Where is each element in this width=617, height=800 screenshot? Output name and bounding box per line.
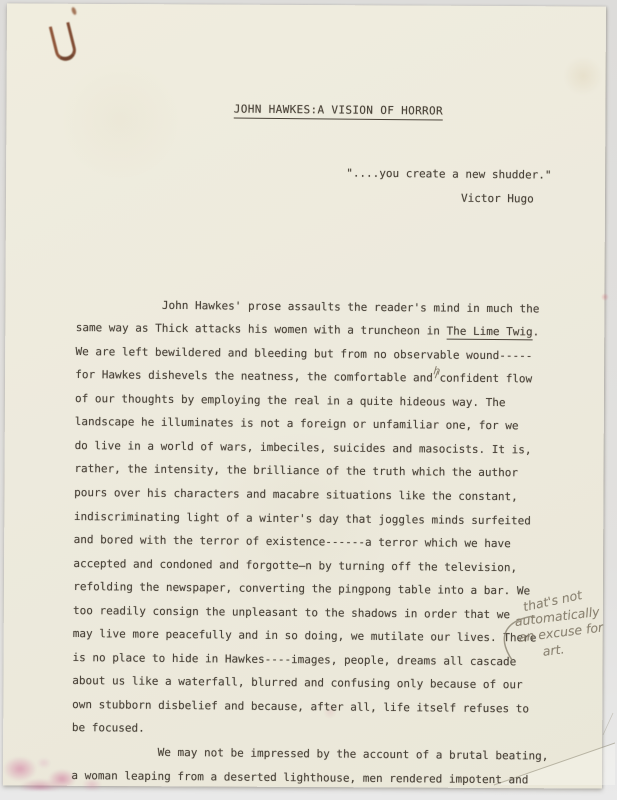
- page-title: JOHN HAWKES:A VISION OF HORROR: [234, 103, 443, 121]
- epigraph: "....you create a new shudder." Victor H…: [346, 162, 552, 211]
- body-text: h John Hawkes' prose assaults the reader…: [71, 222, 576, 792]
- scanned-page: JOHN HAWKES:A VISION OF HORROR "....you …: [0, 0, 617, 800]
- body-line: a woman leaping from a deserted lighthou…: [71, 764, 571, 792]
- insertion-character: h: [433, 364, 441, 378]
- epigraph-quote: "....you create a new shudder.": [346, 162, 552, 187]
- typescript-content: JOHN HAWKES:A VISION OF HORROR "....you …: [0, 0, 617, 800]
- epigraph-attribution: Victor Hugo: [346, 185, 552, 210]
- margin-note: that's notautomaticallyan excuse forart.: [498, 584, 617, 665]
